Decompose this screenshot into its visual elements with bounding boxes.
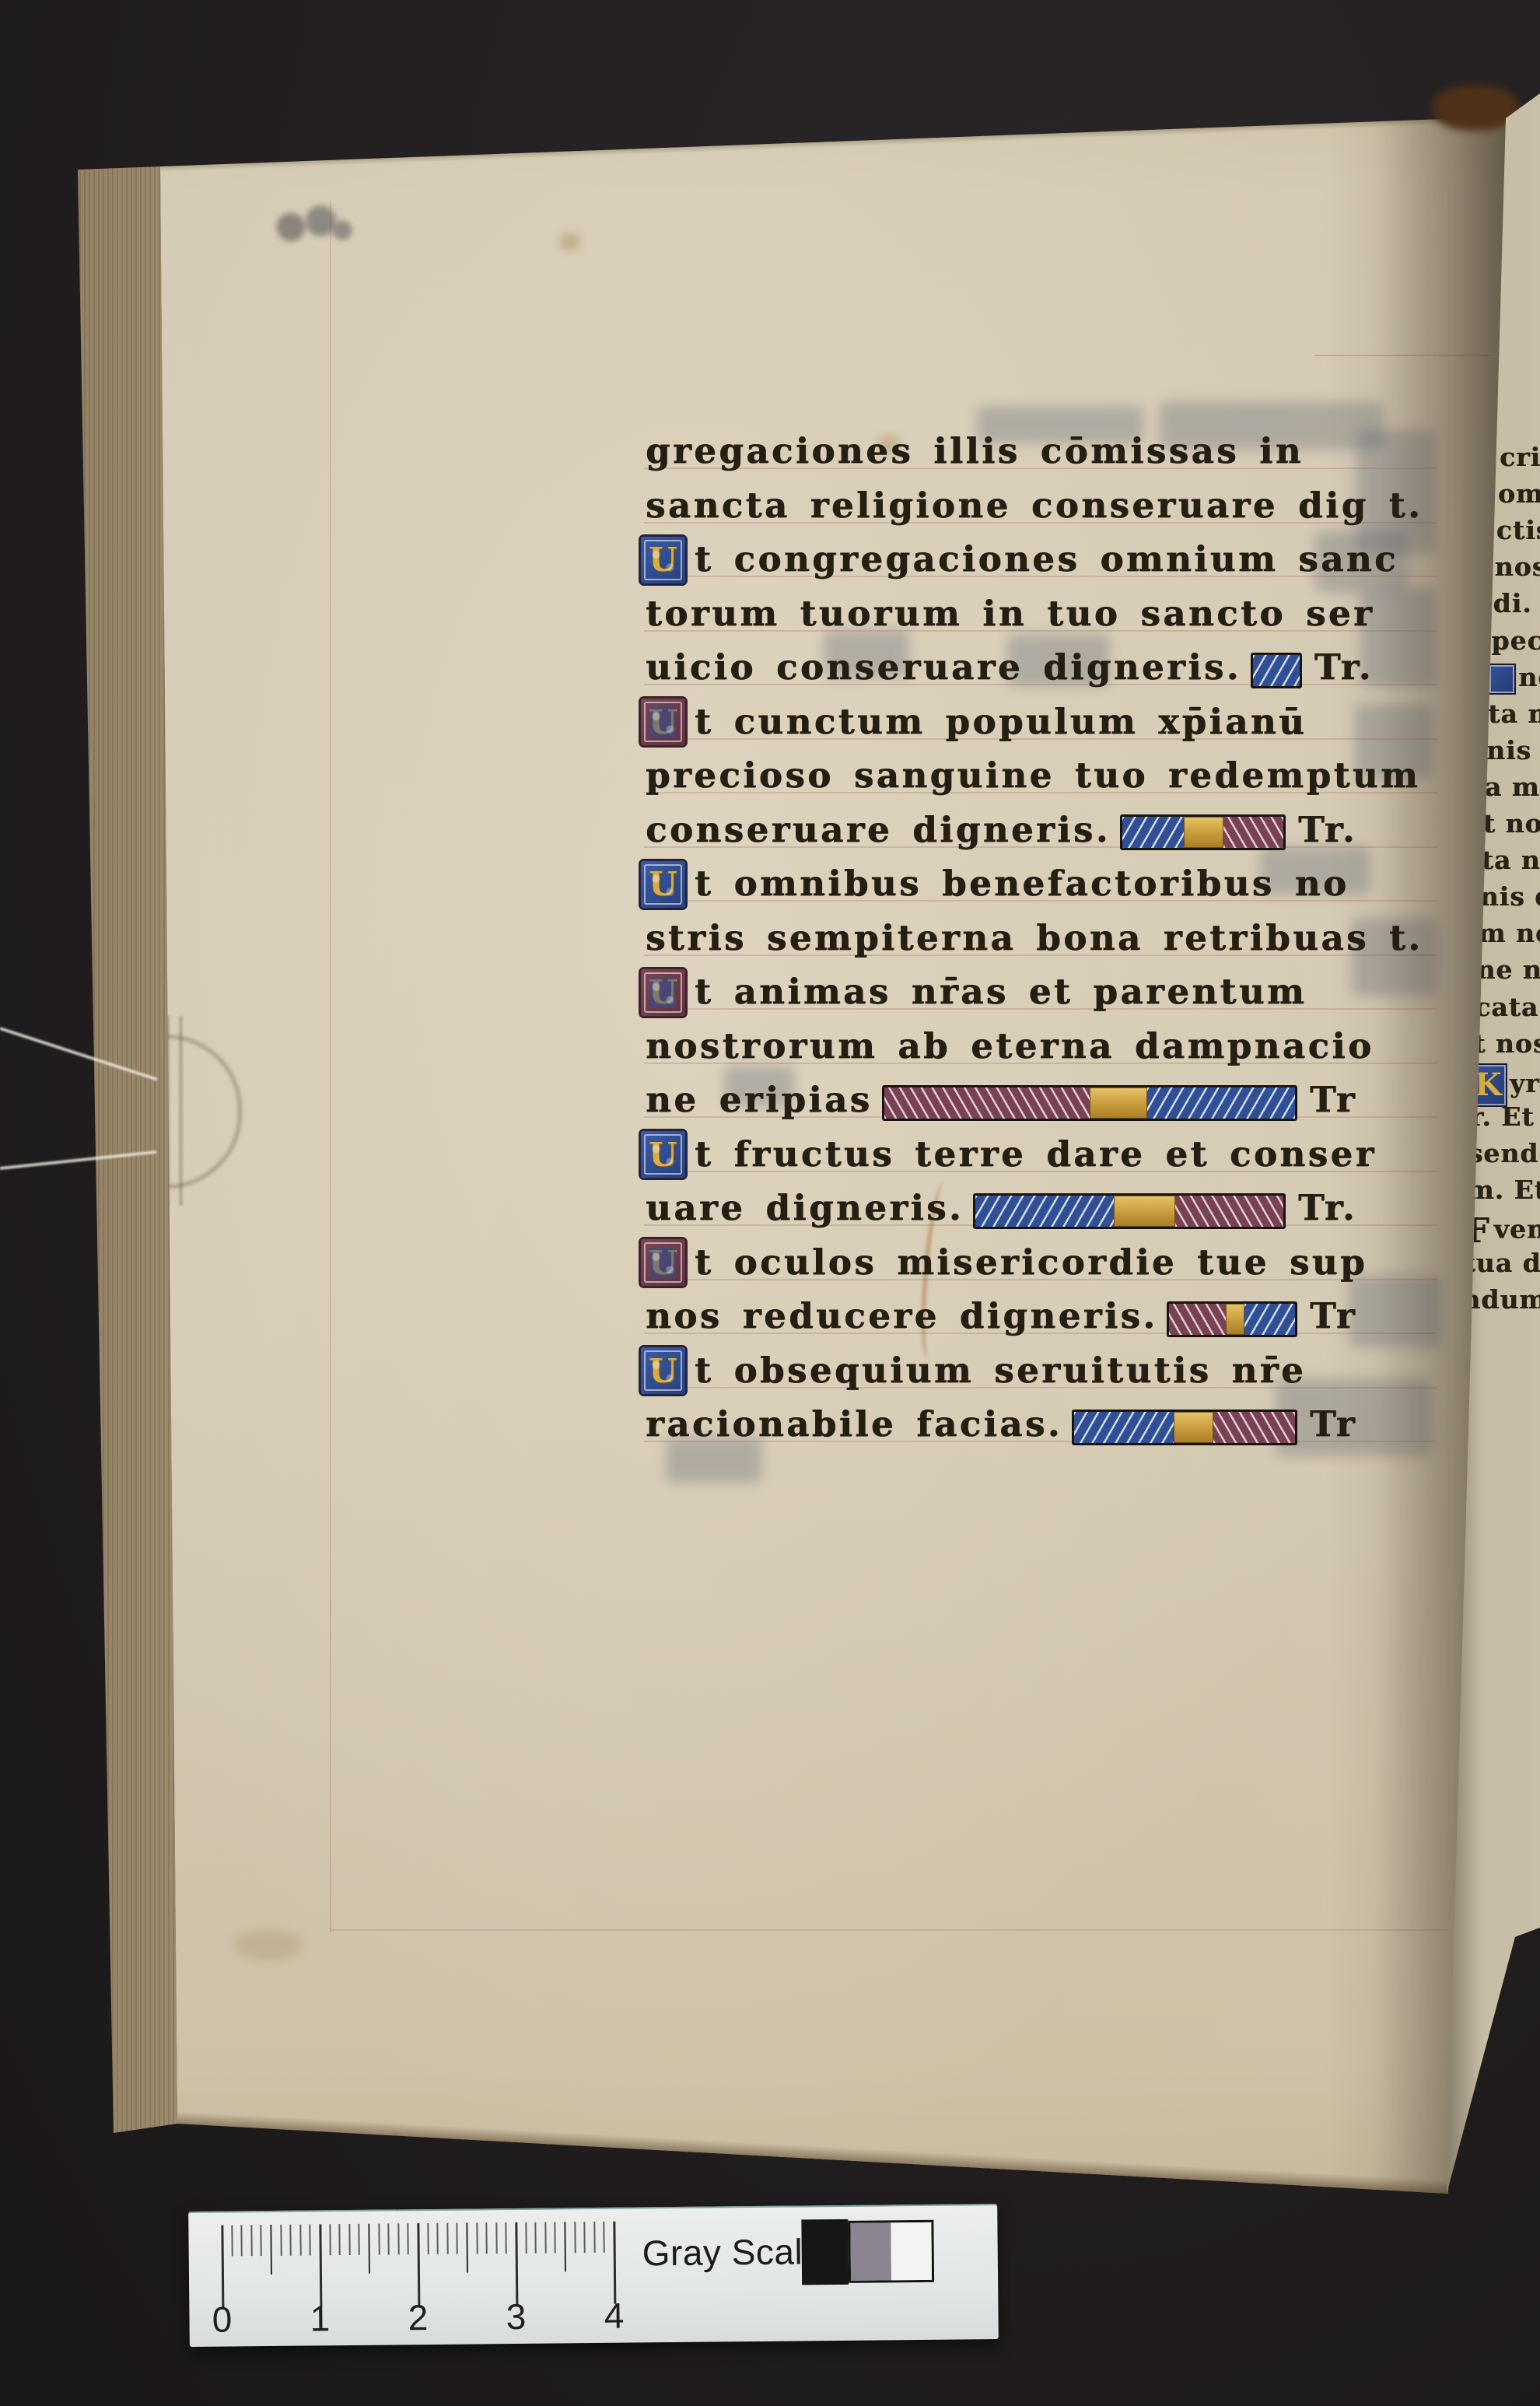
facing-page-fragment: nos exe	[1495, 552, 1540, 582]
photograph-of-manuscript: gregaciones illis cōmissas insancta reli…	[0, 0, 1540, 2406]
line-text: nos reducere digneris.	[646, 1295, 1157, 1336]
ruler-tick	[437, 2223, 439, 2254]
ruler-tick	[397, 2223, 399, 2254]
line-filler-ornament	[882, 1085, 1298, 1121]
illuminated-initial: U	[641, 1239, 685, 1286]
illuminated-initial: U	[641, 699, 685, 745]
manuscript-line: racionabile facias.Tr	[646, 1397, 1357, 1452]
line-text: conseruare digneris.	[646, 809, 1111, 850]
facing-page-fragment: nis dei q	[1486, 735, 1540, 765]
ruler-tick	[466, 2223, 468, 2273]
ruler-tick	[368, 2224, 370, 2274]
line-text: sancta religione conseruare dig t.	[646, 485, 1423, 526]
illuminated-initial: U	[641, 969, 685, 1016]
line-text: t congregaciones omnium sanc	[695, 538, 1398, 580]
facing-page-fragment: peccati	[1491, 625, 1540, 656]
response-cue: Tr.	[1298, 1187, 1357, 1228]
ruler-number: 4	[590, 2294, 638, 2337]
ruler-tick	[319, 2224, 322, 2306]
manuscript-line: sancta religione conseruare dig t.	[646, 478, 1357, 533]
facing-page-fragment: omu	[1498, 478, 1540, 509]
ruler-tick	[299, 2225, 301, 2256]
ruler-tick	[604, 2222, 605, 2253]
facing-page-fragment: t nos	[1473, 1028, 1540, 1059]
ruler-tick	[329, 2224, 331, 2255]
gray-scale-label: Gray Scale	[642, 2230, 823, 2274]
manuscript-line: nos reducere digneris.Tr	[646, 1289, 1357, 1343]
patch-white	[891, 2222, 932, 2280]
manuscript-line: Ut omnibus benefactoribus no	[646, 856, 1357, 911]
line-text: t animas nr̄as et parentum	[695, 971, 1307, 1012]
ruler-number: 1	[296, 2297, 344, 2340]
facing-page-fragment: a misere	[1485, 772, 1540, 802]
ruler-tick	[417, 2223, 420, 2306]
ruler-tick	[476, 2222, 478, 2254]
ruler-tick	[486, 2222, 488, 2254]
response-cue: Tr.	[1314, 646, 1374, 688]
ruler-tick	[378, 2224, 380, 2255]
line-text: uicio conseruare digneris.	[646, 646, 1241, 688]
ruler-ticks	[188, 2204, 997, 2212]
line-text: precioso sanguine tuo redemptum	[646, 755, 1420, 796]
manuscript-line: Ut cunctum populum xp̄ianū	[646, 695, 1357, 749]
ruler-tick	[241, 2225, 243, 2256]
ruler-number: 0	[198, 2298, 246, 2341]
text-block: gregaciones illis cōmissas insancta reli…	[646, 424, 1357, 1452]
binding-leather	[1433, 86, 1518, 131]
illuminated-initial: U	[641, 1347, 685, 1394]
ruler-tick	[290, 2225, 292, 2256]
manuscript-line: uicio conseruare digneris.Tr.	[646, 640, 1357, 695]
facing-page-fragment: t nos	[1483, 808, 1540, 839]
ruler-tick	[427, 2223, 429, 2254]
manuscript-line: Ut animas nr̄as et parentum	[646, 965, 1357, 1019]
ruler-tick	[584, 2222, 586, 2253]
ruler-tick	[544, 2222, 546, 2254]
ruler-tick	[270, 2225, 272, 2275]
facing-page-fragment: ta mun	[1488, 699, 1540, 729]
manuscript-line: conseruare digneris.Tr.	[646, 803, 1357, 857]
line-text: t oculos misericordie tue sup	[695, 1242, 1367, 1283]
ruler-tick	[574, 2222, 576, 2253]
response-cue: Tr	[1310, 1295, 1357, 1336]
ruler-tick	[348, 2224, 350, 2255]
ruler-tick	[250, 2225, 252, 2256]
ruler-tick	[261, 2225, 262, 2256]
ruler-numbers: 01234	[188, 2204, 997, 2212]
line-text: nostrorum ab eterna dampnacio	[646, 1025, 1374, 1066]
patch-frame	[848, 2220, 934, 2283]
gray-scale-patches	[801, 2219, 934, 2285]
illuminated-initial: U	[641, 537, 685, 583]
line-text: stris sempiterna bona retribuas t.	[646, 917, 1423, 958]
facing-page-fragment: ctis u	[1496, 515, 1540, 545]
line-text: t obsequium seruitutis nr̄e	[695, 1350, 1306, 1391]
gray-scale-card: 01234 Gray Scale	[188, 2204, 999, 2347]
manuscript-line: stris sempiterna bona retribuas t.	[646, 911, 1357, 965]
ruler-tick	[408, 2223, 409, 2254]
ruler-tick	[457, 2223, 458, 2254]
line-text: torum tuorum in tuo sancto ser	[646, 593, 1374, 634]
page-bottom-edge	[175, 2111, 1451, 2194]
ruler-tick	[339, 2224, 341, 2255]
manuscript-verso-page: gregaciones illis cōmissas insancta reli…	[0, 0, 1540, 2406]
patch-gray	[850, 2222, 891, 2280]
manuscript-line: precioso sanguine tuo redemptum	[646, 748, 1357, 803]
ruler-tick	[515, 2222, 518, 2305]
response-cue: Tr	[1310, 1079, 1357, 1120]
line-filler-ornament	[973, 1193, 1286, 1229]
ruler-tick	[535, 2222, 537, 2254]
response-cue: Tr.	[1298, 809, 1357, 850]
facing-page-fragment: ta ne	[1482, 845, 1540, 875]
facing-page-fragment: ne nos	[1476, 954, 1540, 985]
facing-page-fragment: m nobis	[1478, 918, 1540, 948]
response-cue: Tr	[1310, 1403, 1357, 1445]
patch-black	[801, 2219, 849, 2285]
ruler-number: 3	[492, 2296, 540, 2338]
ruler-tick	[593, 2222, 595, 2253]
facing-page-fragment: ne	[1489, 662, 1540, 693]
stain	[233, 1929, 303, 1960]
line-text: ne eripias	[646, 1079, 873, 1120]
illuminated-initial: U	[641, 861, 685, 908]
facing-page-fragment: crige	[1500, 442, 1540, 472]
ruler-tick	[221, 2226, 224, 2308]
line-text: uare digneris.	[646, 1187, 964, 1228]
ruler-tick	[495, 2222, 497, 2254]
ruler-tick	[613, 2222, 616, 2304]
manuscript-line: Ut congregaciones omnium sanc	[646, 532, 1357, 587]
line-filler-ornament	[1072, 1410, 1297, 1445]
frame-ruling-horizontal	[330, 1929, 1447, 1931]
line-text: t cunctum populum xp̄ianū	[695, 701, 1307, 742]
page-top-edge	[160, 110, 1513, 172]
manuscript-line: nostrorum ab eterna dampnacio	[646, 1019, 1357, 1073]
facing-page-fragment: cata n	[1475, 992, 1540, 1022]
line-filler-ornament	[1167, 1301, 1297, 1337]
line-filler-ornament	[1120, 814, 1286, 850]
ruler-tick	[564, 2222, 566, 2271]
ruler-tick	[310, 2224, 311, 2255]
ruler-tick	[388, 2224, 390, 2255]
page-clip-edge-lines	[166, 1016, 188, 1206]
ruler-number: 2	[394, 2296, 442, 2339]
line-text: racionabile facias.	[646, 1403, 1062, 1445]
line-text: gregaciones illis cōmissas in	[646, 430, 1304, 471]
stain	[560, 233, 580, 250]
ruler-tick	[555, 2222, 556, 2253]
ruler-tick	[280, 2225, 282, 2256]
facing-page-fragment: di. tre	[1493, 588, 1540, 618]
line-filler-ornament	[1251, 653, 1302, 688]
ruler-tick	[506, 2222, 507, 2254]
line-text: t fructus terre dare et conser	[695, 1133, 1377, 1175]
manuscript-line: gregaciones illis cōmissas in	[646, 424, 1357, 478]
ruler-tick	[359, 2224, 360, 2255]
manuscript-line: torum tuorum in tuo sancto ser	[646, 587, 1357, 641]
manuscript-line: ne eripiasTr	[646, 1073, 1357, 1127]
small-initial-block	[1489, 665, 1514, 693]
ruler-tick	[525, 2222, 527, 2254]
illuminated-initial: U	[641, 1131, 685, 1178]
ruler-tick	[446, 2223, 448, 2254]
line-text: t omnibus benefactoribus no	[695, 863, 1349, 904]
manuscript-line: Ut obsequium seruitutis nr̄e	[646, 1343, 1357, 1398]
facing-page-fragment: Kyrie	[1472, 1065, 1540, 1105]
frame-ruling-vertical	[330, 201, 331, 1932]
manuscript-line: uare digneris.Tr.	[646, 1181, 1357, 1235]
manuscript-line: Ut fructus terre dare et conser	[646, 1127, 1357, 1182]
facing-page-fragment: nis dñi	[1480, 881, 1540, 912]
pencil-foliation-smudge	[263, 193, 356, 255]
ruler-tick	[231, 2225, 233, 2256]
manuscript-line: Ut oculos misericordie tue sup	[646, 1235, 1357, 1290]
